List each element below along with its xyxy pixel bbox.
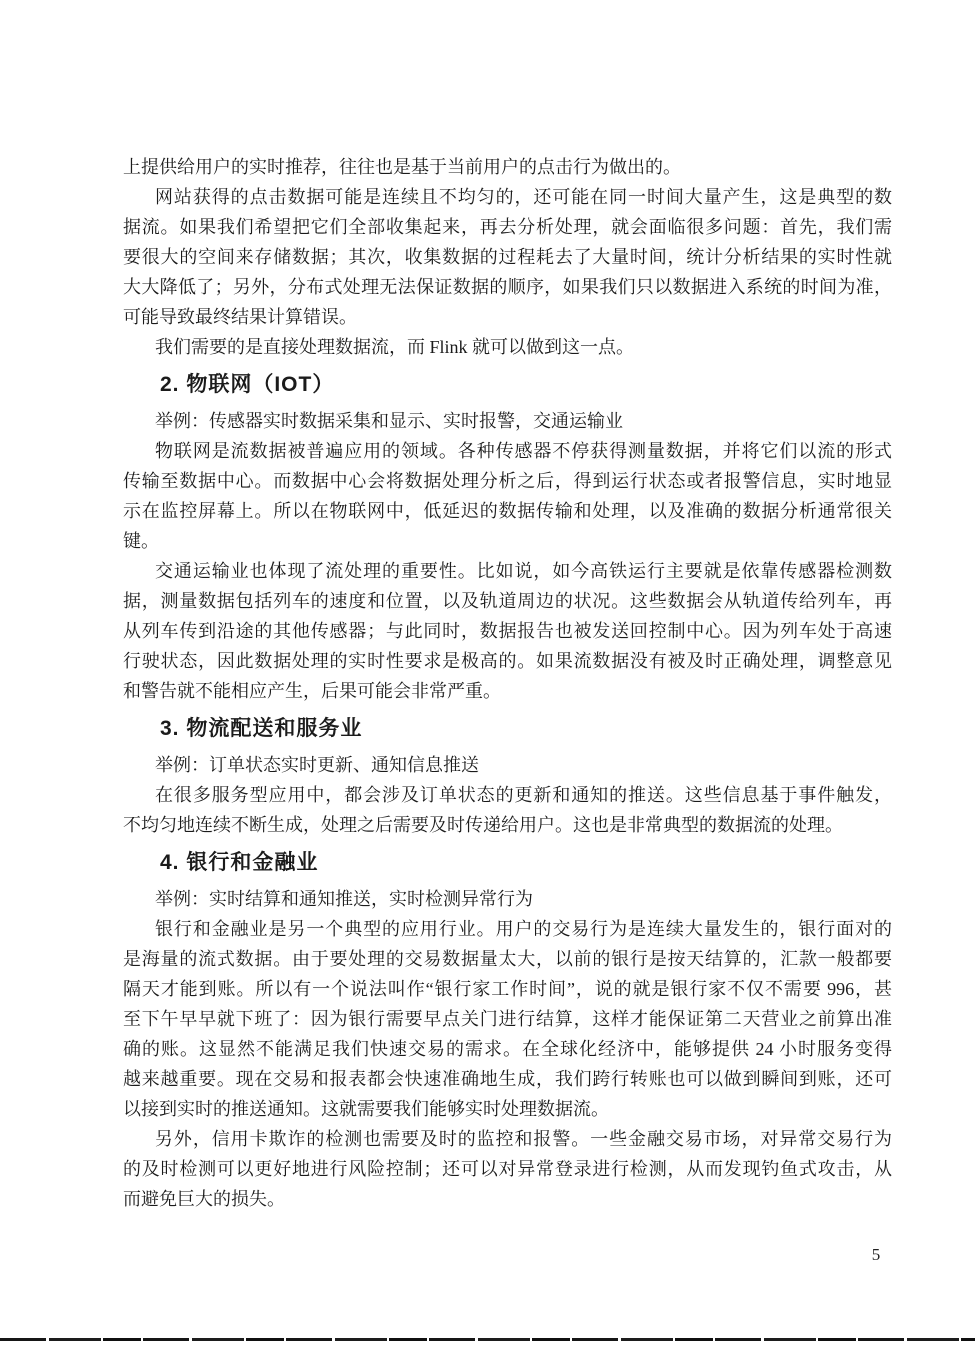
section-heading: 3. 物流配送和服务业 — [123, 714, 892, 744]
paragraph: 上提供给用户的实时推荐，往往也是基于当前用户的点击行为做出的。 — [123, 152, 892, 182]
text-line: 可能导致最终结果计算错误。 — [123, 302, 892, 332]
paragraph: 银行和金融业是另一个典型的应用行业。用户的交易行为是连续大量发生的，银行面对的是… — [123, 914, 892, 1124]
section-heading: 2. 物联网（IOT） — [123, 370, 892, 400]
text-line: 键。 — [123, 526, 892, 556]
text-line: 举例：传感器实时数据采集和显示、实时报警，交通运输业 — [123, 406, 892, 436]
text-line: 举例：实时结算和通知推送，实时检测异常行为 — [123, 884, 892, 914]
text-line: 是海量的流式数据。由于要处理的交易数据量太大，以前的银行是按天结算的，汇款一般都… — [123, 944, 892, 974]
text-line: 的及时检测可以更好地进行风险控制；还可以对异常登录进行检测，从而发现钓鱼式攻击，… — [123, 1154, 892, 1184]
text-line: 越来越重要。现在交易和报表都会快速准确地生成，我们跨行转账也可以做到瞬间到账，还… — [123, 1064, 892, 1094]
document-page: 上提供给用户的实时推荐，往往也是基于当前用户的点击行为做出的。网站获得的点击数据… — [0, 0, 975, 1352]
text-line: 大大降低了；另外，分布式处理无法保证数据的顺序，如果我们只以数据进入系统的时间为… — [123, 272, 892, 302]
text-line: 据流。如果我们希望把它们全部收集起来，再去分析处理，就会面临很多问题：首先，我们… — [123, 212, 892, 242]
text-line: 物联网是流数据被普遍应用的领域。各种传感器不停获得测量数据，并将它们以流的形式 — [123, 436, 892, 466]
text-line: 我们需要的是直接处理数据流，而 Flink 就可以做到这一点。 — [123, 332, 892, 362]
text-line: 从列车传到沿途的其他传感器；与此同时，数据报告也被发送回控制中心。因为列车处于高… — [123, 616, 892, 646]
paragraph: 物联网是流数据被普遍应用的领域。各种传感器不停获得测量数据，并将它们以流的形式传… — [123, 436, 892, 556]
paragraph: 网站获得的点击数据可能是连续且不均匀的，还可能在同一时间大量产生，这是典型的数据… — [123, 182, 892, 332]
paragraph: 我们需要的是直接处理数据流，而 Flink 就可以做到这一点。 — [123, 332, 892, 362]
paragraph: 举例：传感器实时数据采集和显示、实时报警，交通运输业 — [123, 406, 892, 436]
text-line: 不均匀地连续不断生成，处理之后需要及时传递给用户。这也是非常典型的数据流的处理。 — [123, 810, 892, 840]
text-line: 上提供给用户的实时推荐，往往也是基于当前用户的点击行为做出的。 — [123, 152, 892, 182]
scan-artifact-line — [0, 1338, 975, 1341]
text-line: 据，测量数据包括列车的速度和位置，以及轨道周边的状况。这些数据会从轨道传给列车，… — [123, 586, 892, 616]
text-line: 银行和金融业是另一个典型的应用行业。用户的交易行为是连续大量发生的，银行面对的 — [123, 914, 892, 944]
text-line: 传输至数据中心。而数据中心会将数据处理分析之后，得到运行状态或者报警信息，实时地… — [123, 466, 892, 496]
section-heading: 4. 银行和金融业 — [123, 848, 892, 878]
text-line: 而避免巨大的损失。 — [123, 1184, 892, 1214]
text-line: 网站获得的点击数据可能是连续且不均匀的，还可能在同一时间大量产生，这是典型的数 — [123, 182, 892, 212]
text-line: 另外，信用卡欺诈的检测也需要及时的监控和报警。一些金融交易市场，对异常交易行为 — [123, 1124, 892, 1154]
text-line: 确的账。这显然不能满足我们快速交易的需求。在全球化经济中，能够提供 24 小时服… — [123, 1034, 892, 1064]
paragraph: 在很多服务型应用中，都会涉及订单状态的更新和通知的推送。这些信息基于事件触发，不… — [123, 780, 892, 840]
paragraph: 交通运输业也体现了流处理的重要性。比如说，如今高铁运行主要就是依靠传感器检测数据… — [123, 556, 892, 706]
paragraph: 举例：实时结算和通知推送，实时检测异常行为 — [123, 884, 892, 914]
document-body: 上提供给用户的实时推荐，往往也是基于当前用户的点击行为做出的。网站获得的点击数据… — [123, 152, 892, 1214]
text-line: 隔天才能到账。所以有一个说法叫作“银行家工作时间”，说的就是银行家不仅不需要 9… — [123, 974, 892, 1004]
text-line: 和警告就不能相应产生，后果可能会非常严重。 — [123, 676, 892, 706]
text-line: 在很多服务型应用中，都会涉及订单状态的更新和通知的推送。这些信息基于事件触发， — [123, 780, 892, 810]
text-line: 交通运输业也体现了流处理的重要性。比如说，如今高铁运行主要就是依靠传感器检测数 — [123, 556, 892, 586]
text-line: 以接到实时的推送通知。这就需要我们能够实时处理数据流。 — [123, 1094, 892, 1124]
page-number: 5 — [860, 1245, 892, 1265]
text-line: 要很大的空间来存储数据；其次，收集数据的过程耗去了大量时间，统计分析结果的实时性… — [123, 242, 892, 272]
text-line: 举例：订单状态实时更新、通知信息推送 — [123, 750, 892, 780]
text-line: 示在监控屏幕上。所以在物联网中，低延迟的数据传输和处理，以及准确的数据分析通常很… — [123, 496, 892, 526]
paragraph: 举例：订单状态实时更新、通知信息推送 — [123, 750, 892, 780]
paragraph: 另外，信用卡欺诈的检测也需要及时的监控和报警。一些金融交易市场，对异常交易行为的… — [123, 1124, 892, 1214]
text-line: 行驶状态，因此数据处理的实时性要求是极高的。如果流数据没有被及时正确处理，调整意… — [123, 646, 892, 676]
text-line: 至下午早早就下班了：因为银行需要早点关门进行结算，这样才能保证第二天营业之前算出… — [123, 1004, 892, 1034]
